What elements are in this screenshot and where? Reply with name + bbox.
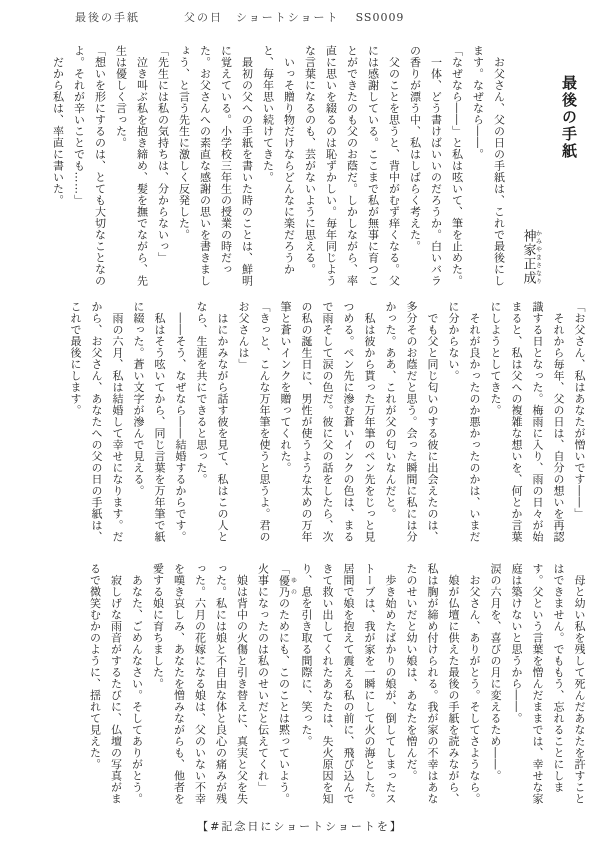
story-paragraph: 歩き始めたばかりの娘が、倒してしまったストーブは、我が家を一瞬にして火の海とした… <box>296 563 401 806</box>
story-paragraph: 「お父さん、私はあなたが憎いです――」 <box>569 301 590 548</box>
running-header: 最後の手紙父の日 ショートショートSS0009 <box>75 9 590 25</box>
story-paragraph: 泣き叫ぶ私を抱き締め、髪を撫でながら、先生は優しく言った。 <box>111 45 153 290</box>
story-paragraph: お父さん、父の日の手紙は、これで最後にします。なぜなら――。 <box>468 45 510 290</box>
story-paragraph-after-scene-break: 娘が仏壇に供えた最後の手紙を読みながら、私は胸が締め付けられる。我が家の不幸はあ… <box>401 563 464 806</box>
author-line: 神家正成かみやまさなり <box>520 45 542 290</box>
footer-hashtag: 【#記念日にショートショートを】 <box>0 818 600 834</box>
text-band-middle: 「お父さん、私はあなたが憎いです――」 それから毎年、父の日は、自分の想いを再認… <box>12 301 590 548</box>
story-paragraph: 涙の六月を、喜びの月に変えるため――。 <box>485 563 506 806</box>
author-furigana: かみやまさなり <box>535 229 542 285</box>
story-paragraph: 私はそう呟いてから、同じ言葉を万年筆で紙に綴った。蒼い文字が滲んで見える。 <box>128 301 170 548</box>
header-doc-title: 最後の手紙 <box>75 11 140 24</box>
manuscript-page: 最後の手紙父の日 ショートショートSS0009 最後の手紙 神家正成かみやまさな… <box>0 0 600 850</box>
story-paragraph: 寂しげな雨音がするたびに、仏壇の写真がまるで微笑むかのように、揺れて見えた。 <box>85 563 127 806</box>
header-category: 父の日 ショートショート <box>184 11 340 24</box>
story-paragraph: 「想いを形にするのは、とても大切なことなのよ。それが辛いことでも……」 <box>69 45 111 290</box>
story-paragraph: それから毎年、父の日は、自分の想いを再認識する日となった。梅雨に入り、雨の日々が… <box>485 301 569 548</box>
story-paragraph: あなた、ごめんなさい。そしてありがとう。 <box>127 563 148 806</box>
author-ruby: 神家正成かみやまさなり <box>521 229 536 285</box>
story-paragraph: 「先生には私の気持ちは、分からないっ」 <box>153 45 174 290</box>
story-paragraph: 雨の六月、私は結婚して幸せになります。だから、お父さん、あなたへの父の日の手紙は… <box>65 301 128 548</box>
story-paragraph: 母と幼い私を残して死んだあなたを許すことはできません。でももう、忘れることにしま… <box>506 563 590 806</box>
story-paragraph: 「なぜなら――」と私は呟いて、筆を止めた。 <box>447 45 468 290</box>
text-band-bottom: 母と幼い私を残して死んだあなたを許すことはできません。でももう、忘れることにしま… <box>12 563 590 806</box>
story-paragraph: ――そう、なぜなら――結婚するからです。 <box>170 301 191 548</box>
ruby-pre-text: 「 <box>278 563 291 575</box>
story-title: 最後の手紙 <box>557 45 580 290</box>
story-paragraph: お父さん、ありがとう。そしてさようなら。 <box>464 563 485 806</box>
story-paragraph: それが良かったのか悪かったのかは、いまだに分からない。 <box>443 301 485 548</box>
story-paragraph: 最初の父への手紙を書いた時のことは、鮮明に覚えている。小学校三年生の授業の時だっ… <box>174 45 258 290</box>
header-code: SS0009 <box>356 11 405 24</box>
yuno-ruby: 優乃ゆの <box>278 575 291 598</box>
story-paragraph: いっそ贈り物だけならどんなに楽だろうかと、毎年思い続けてきた。 <box>258 45 300 290</box>
ruby-furigana: ゆの <box>290 575 297 598</box>
story-paragraph: 私は彼から貰った万年筆のペン先をじっと見つめる。ペン先に滲む蒼いインクの色は、ま… <box>275 301 380 548</box>
story-paragraph: だから私は、率直に書いた。 <box>48 45 69 290</box>
story-paragraph: はにかみながら話す彼を見て、私はこの人となら、生涯を共にできると思った。 <box>191 301 233 548</box>
story-paragraph: でも父と同じ匂いのする彼に出会えたのは、多分そのお蔭だと思う。会った瞬間に私には… <box>380 301 443 548</box>
ruby-post-text: のためにも、このことは黙っていよう。火事になったのは私のせいだと伝えてくれ」 <box>257 563 291 805</box>
footer-text: 【#記念日にショートショートを】 <box>197 820 403 833</box>
story-paragraph: 一体、どう書けばいいのだろうか。白いバラの香りが漂う中、私はしばらく考えた。 <box>405 45 447 290</box>
text-band-top: 最後の手紙 神家正成かみやまさなり お父さん、父の日の手紙は、これで最後にします… <box>12 45 590 290</box>
story-paragraph: 「きっと、こんな万年筆を使うと思うよ。君のお父さんは」 <box>233 301 275 548</box>
story-paragraph-with-ruby: 「優乃ゆののためにも、このことは黙っていよう。火事になったのは私のせいだと伝えて… <box>253 563 297 806</box>
story-paragraph: 父のことを思うと、背中がむず痒くなる。父には感謝している。ここまで私が無事に育つ… <box>300 45 405 290</box>
story-paragraph: 娘は背中の火傷と引き替えに、真実と父を失った。私には娘と不自由な体と良心の痛みが… <box>148 563 253 806</box>
author-name: 神家正成 <box>521 229 536 285</box>
